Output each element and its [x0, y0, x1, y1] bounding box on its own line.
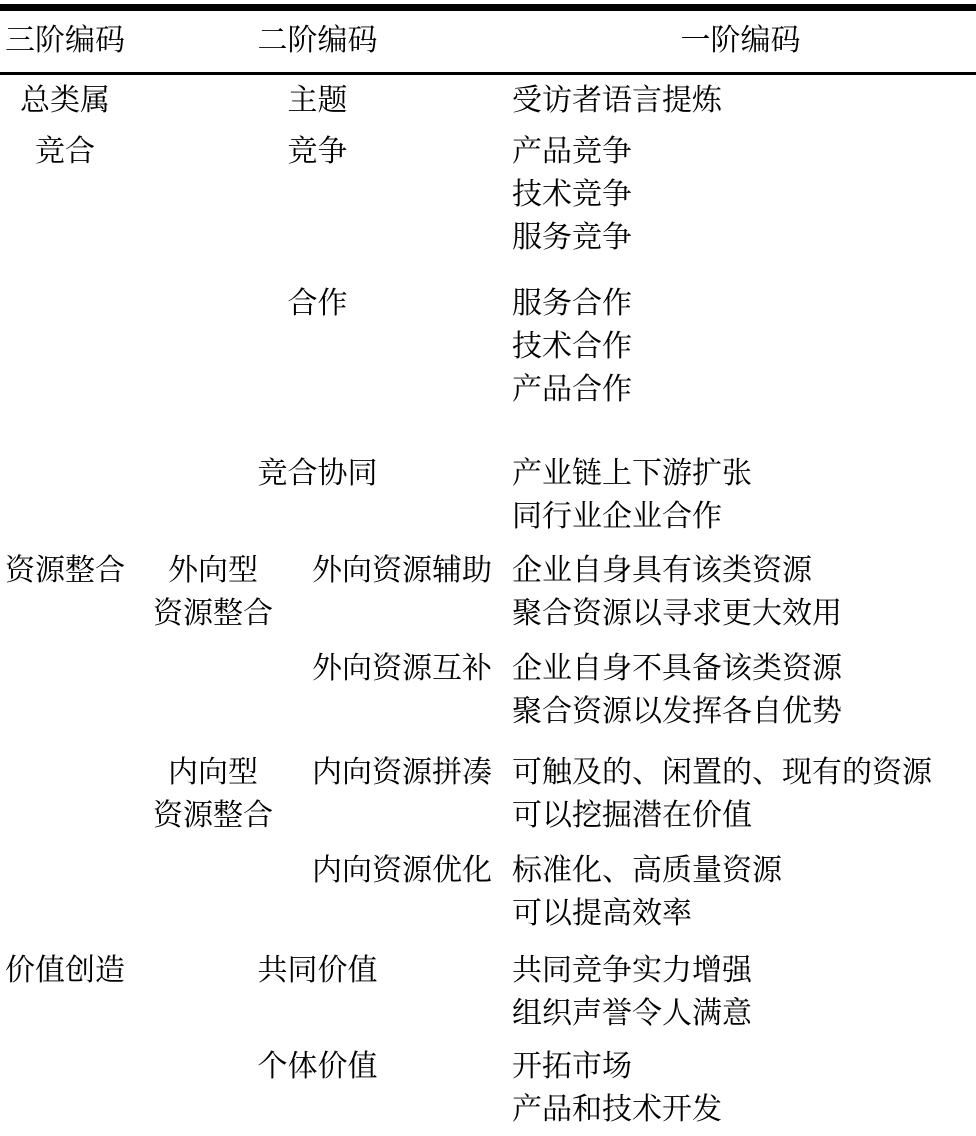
first-order-cell: 共同竞争实力增强 组织声誉令人满意	[505, 949, 976, 1035]
third-order-cell	[0, 751, 130, 837]
second-order-sub-cell: 内向资源拼凑	[296, 751, 505, 837]
third-order-cell: 价值创造	[0, 949, 130, 1035]
third-order-cell	[0, 452, 130, 538]
second-order-cell: 共同价值	[130, 949, 505, 1035]
third-order-cell	[0, 647, 130, 733]
header-first-order-coding: 一阶编码	[505, 19, 976, 62]
first-order-cell: 产业链上下游扩张 同行业企业合作	[505, 452, 976, 538]
first-order-cell: 产品竞争 技术竞争 服务竞争	[505, 130, 976, 259]
header-second-order-coding: 二阶编码	[130, 19, 505, 62]
third-order-cell: 竞合	[0, 130, 130, 259]
second-order-cell: 合作	[130, 282, 505, 411]
second-order-sub-cell: 内向资源优化	[296, 849, 505, 935]
table-row: 价值创造 共同价值 共同竞争实力增强 组织声誉令人满意	[0, 949, 976, 1035]
first-order-cell: 企业自身不具备该类资源 聚合资源以发挥各自优势	[505, 647, 976, 733]
table-row: 内向资源优化 标准化、高质量资源 可以提高效率	[0, 849, 976, 935]
second-order-cell: 个体价值	[130, 1045, 505, 1131]
table-top-rule	[0, 4, 976, 11]
table-row: 总类属 主题 受访者语言提炼	[0, 79, 976, 122]
third-order-cell	[0, 849, 130, 935]
first-order-cell: 企业自身具有该类资源 聚合资源以寻求更大效用	[505, 549, 976, 635]
table-row: 个体价值 开拓市场 产品和技术开发	[0, 1045, 976, 1131]
first-order-cell: 受访者语言提炼	[505, 79, 976, 122]
table-row: 资源整合 外向型 资源整合 外向资源辅助 企业自身具有该类资源 聚合资源以寻求更…	[0, 549, 976, 635]
second-order-cell: 主题	[130, 79, 505, 122]
second-order-sub-cell: 外向资源辅助	[296, 549, 505, 635]
table-header-row: 三阶编码 二阶编码 一阶编码	[0, 19, 976, 62]
first-order-cell: 服务合作 技术合作 产品合作	[505, 282, 976, 411]
table-row: 外向资源互补 企业自身不具备该类资源 聚合资源以发挥各自优势	[0, 647, 976, 733]
first-order-cell: 标准化、高质量资源 可以提高效率	[505, 849, 976, 935]
table-row: 竞合 竞争 产品竞争 技术竞争 服务竞争	[0, 130, 976, 259]
second-order-group-cell	[130, 849, 296, 935]
header-third-order-coding: 三阶编码	[0, 19, 130, 62]
second-order-group-cell: 内向型 资源整合	[130, 751, 296, 837]
third-order-cell	[0, 1045, 130, 1131]
third-order-cell	[0, 282, 130, 411]
second-order-group-cell: 外向型 资源整合	[130, 549, 296, 635]
third-order-cell: 资源整合	[0, 549, 130, 635]
table-row: 合作 服务合作 技术合作 产品合作	[0, 282, 976, 411]
table-header-rule	[0, 72, 976, 75]
second-order-cell: 竞争	[130, 130, 505, 259]
second-order-cell: 竞合协同	[130, 452, 505, 538]
second-order-group-cell	[130, 647, 296, 733]
second-order-sub-cell: 外向资源互补	[296, 647, 505, 733]
first-order-cell: 开拓市场 产品和技术开发	[505, 1045, 976, 1131]
third-order-cell: 总类属	[0, 79, 130, 122]
first-order-cell: 可触及的、闲置的、现有的资源 可以挖掘潜在价值	[505, 751, 976, 837]
table-row: 竞合协同 产业链上下游扩张 同行业企业合作	[0, 452, 976, 538]
table-row: 内向型 资源整合 内向资源拼凑 可触及的、闲置的、现有的资源 可以挖掘潜在价值	[0, 751, 976, 837]
